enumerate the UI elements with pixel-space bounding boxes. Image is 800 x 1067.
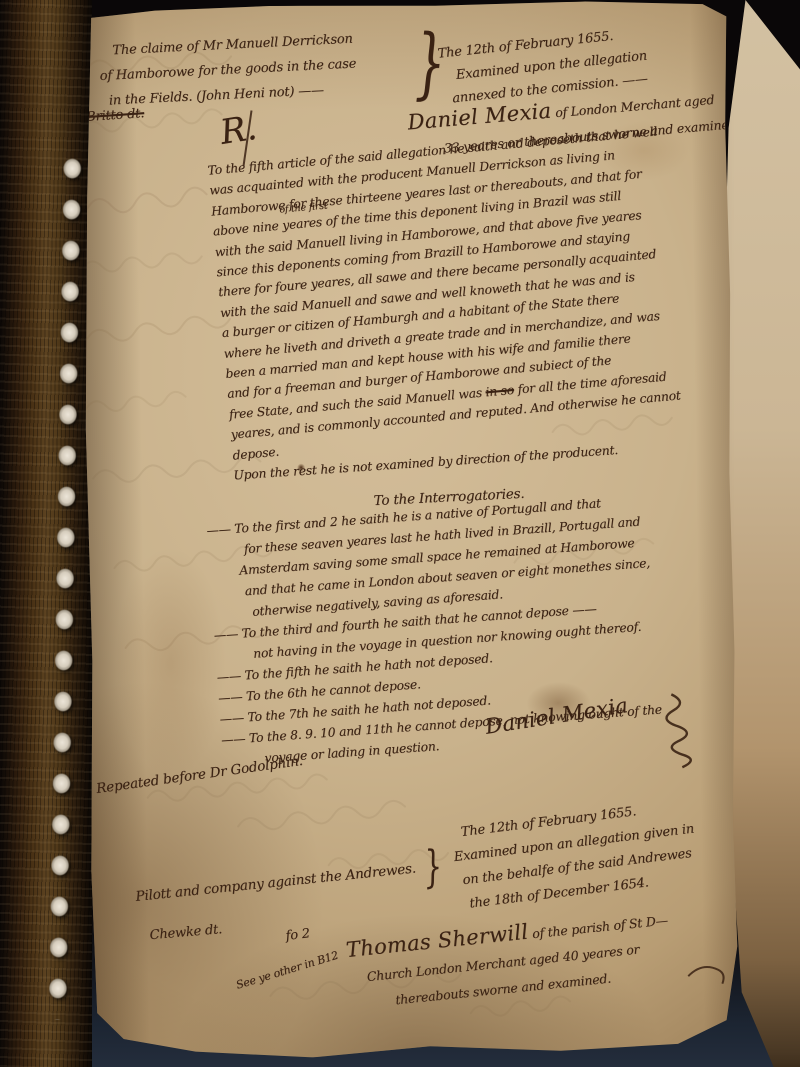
margin-note-folio: fo 2 <box>285 926 311 944</box>
case-title-text: Pilott and company against the Andrewes. <box>135 861 417 905</box>
interlined-correction: of the first <box>279 196 329 221</box>
repeat-note: Repeated before Dr Godolphin. <box>95 753 303 797</box>
margin-note-checked: Chewke dt. <box>149 922 223 943</box>
claim-note: The claime of Mr Manuell Derrickson of H… <box>112 27 358 114</box>
manuscript-page: The claime of Mr Manuell Derrickson of H… <box>77 0 744 1061</box>
struck-clerk-note: Britto dt. <box>86 106 145 125</box>
photo-scene: The claime of Mr Manuell Derrickson of H… <box>0 0 800 1067</box>
case-title: Pilott and company against the Andrewes.… <box>134 846 447 917</box>
deposition-paragraph: of the first To the fifth article of the… <box>207 117 732 466</box>
margin-note-crossref: See ye other in B12 <box>235 949 340 992</box>
struck-word: in so <box>485 383 515 399</box>
interrogatories-answers: —— To the first and 2 he saith he is a n… <box>206 485 732 772</box>
closing-flourish <box>686 958 730 993</box>
clerk-monogram: R. <box>218 108 260 153</box>
deponent-heading-second: Thomas Sherwill of the parish of St D— C… <box>345 905 675 1018</box>
examination-note-second: The 12th of February 1655. Examined upon… <box>450 794 701 918</box>
case-brace: } <box>421 844 443 890</box>
